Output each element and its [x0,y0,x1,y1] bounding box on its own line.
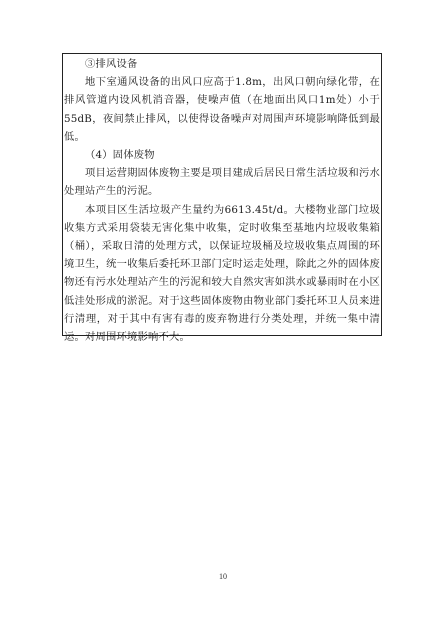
paragraph-solid-waste-intro: 项目运营期固体废物主要是项目建成后居民日常生活垃圾和污水处理站产生的污泥。 [64,164,380,200]
paragraph-domestic-waste: 本项目区生活垃圾产生量约为6613.45t/d。大楼物业部门垃圾收集方式采用袋装… [64,201,380,347]
document-body: ③排风设备 地下室通风设备的出风口应高于1.8m，出风口朝向绿化带，在排风管道内… [64,55,380,346]
subheading-exhaust-equipment: ③排风设备 [64,55,380,73]
subheading-solid-waste: （4）固体废物 [64,146,380,164]
paragraph-exhaust-measures: 地下室通风设备的出风口应高于1.8m，出风口朝向绿化带，在排风管道内设风机消音器… [64,73,380,146]
page-number: 10 [0,572,446,581]
